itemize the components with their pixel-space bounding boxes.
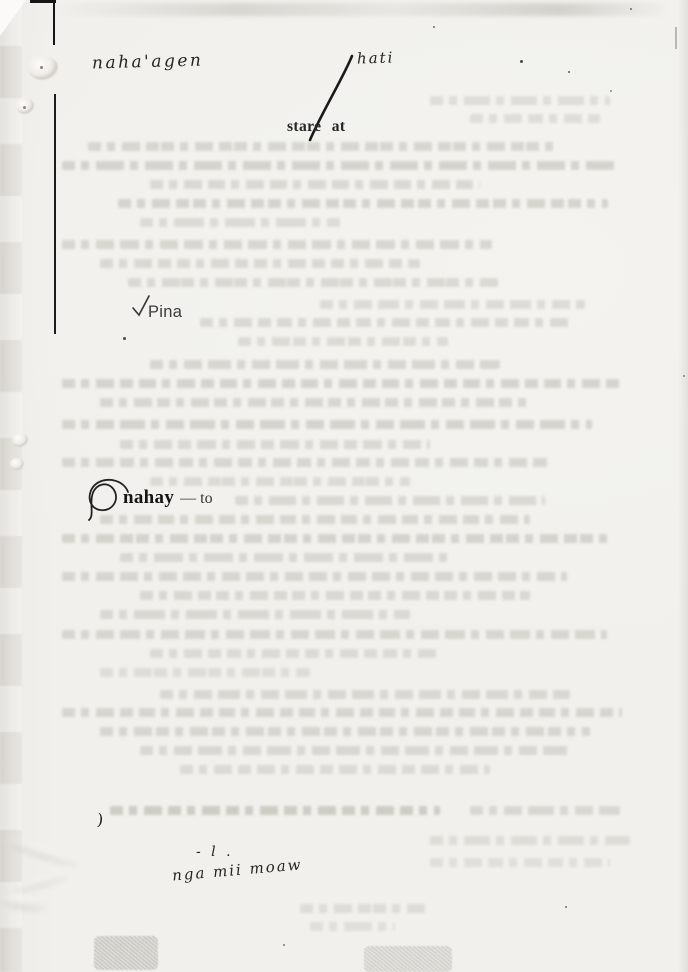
faded-print-line: [150, 649, 440, 658]
paper-crinkle: [28, 56, 58, 80]
faded-print-line: [128, 278, 498, 287]
scan-noise-patch: [364, 946, 452, 972]
handwriting-hati: hati: [357, 48, 395, 67]
margin-vline-upper: [53, 0, 55, 45]
faded-print-line: [470, 114, 600, 123]
faded-print-line: [100, 727, 590, 736]
ink-speck: [630, 8, 632, 10]
faded-print-line: [300, 904, 430, 913]
margin-vline-lower: [54, 94, 56, 334]
pen-paren-mark: ): [96, 810, 104, 830]
scanned-page: naha'agen hati stare at Pina nahay— to )…: [0, 0, 688, 972]
ink-speck: [23, 106, 26, 109]
entry-headword: nahay: [123, 487, 174, 508]
ink-speck: [433, 26, 435, 28]
top-scan-smudge: [55, 3, 670, 16]
faded-print-line: [100, 668, 310, 677]
faded-print-line: [62, 420, 592, 429]
ink-speck: [520, 60, 523, 63]
faded-print-line: [62, 534, 607, 543]
faded-print-line: [100, 259, 420, 268]
printed-stare-at: stare at: [287, 118, 345, 136]
faded-print-line: [120, 553, 450, 562]
torn-left-edge: [0, 0, 22, 972]
entry-suffix: — to: [180, 490, 212, 507]
ink-speck: [123, 337, 126, 340]
faded-print-line: [180, 765, 490, 774]
faded-print-line: [100, 515, 530, 524]
faded-print-line: [150, 477, 410, 486]
faded-print-line: [62, 240, 492, 249]
faded-print-line: [160, 690, 570, 699]
printed-pina: Pina: [148, 303, 182, 322]
right-edge-shadow: [678, 0, 688, 972]
scan-noise-patch: [94, 936, 158, 970]
ink-speck: [683, 375, 685, 377]
faded-print-line: [140, 746, 570, 755]
faded-print-line: [62, 379, 622, 388]
faded-print-line: [150, 360, 500, 369]
faded-print-line: [100, 610, 410, 619]
faded-print-line: [140, 591, 530, 600]
paper-crinkle: [10, 458, 24, 470]
ink-speck: [568, 71, 570, 73]
faded-print-line: [238, 337, 448, 346]
faded-print-line: [430, 858, 610, 867]
paper-crinkle: [12, 433, 28, 447]
faded-print-line: [62, 630, 607, 639]
faded-print-line: [62, 572, 567, 581]
handwriting-nga-mii-moaw: nga mii moaw: [171, 855, 303, 884]
faded-print-line: [62, 458, 552, 467]
faded-print-line: [140, 218, 340, 227]
ink-speck: [610, 90, 612, 92]
faded-print-line: [310, 922, 395, 931]
handwriting-dash-l: - l .: [196, 844, 234, 860]
faded-print-line: [110, 806, 440, 815]
faded-print-line: [62, 161, 617, 170]
faded-print-line: [235, 496, 545, 505]
ink-speck: [283, 944, 285, 946]
faded-print-line: [118, 199, 608, 208]
right-edge-mark: [675, 27, 677, 49]
faded-print-line: [320, 300, 585, 309]
dictionary-entry-nahay: nahay— to: [123, 487, 213, 509]
faded-print-line: [430, 836, 630, 845]
handwriting-nahaagen: naha'agen: [92, 51, 204, 74]
faded-print-line: [100, 398, 530, 407]
faded-print-line: [470, 806, 620, 815]
faded-print-line: [120, 440, 430, 449]
ink-speck: [565, 906, 567, 908]
faded-print-line: [62, 708, 622, 717]
ink-speck: [40, 66, 43, 69]
faded-print-line: [430, 96, 610, 105]
faded-print-line: [150, 180, 480, 189]
faded-print-line: [200, 318, 570, 327]
